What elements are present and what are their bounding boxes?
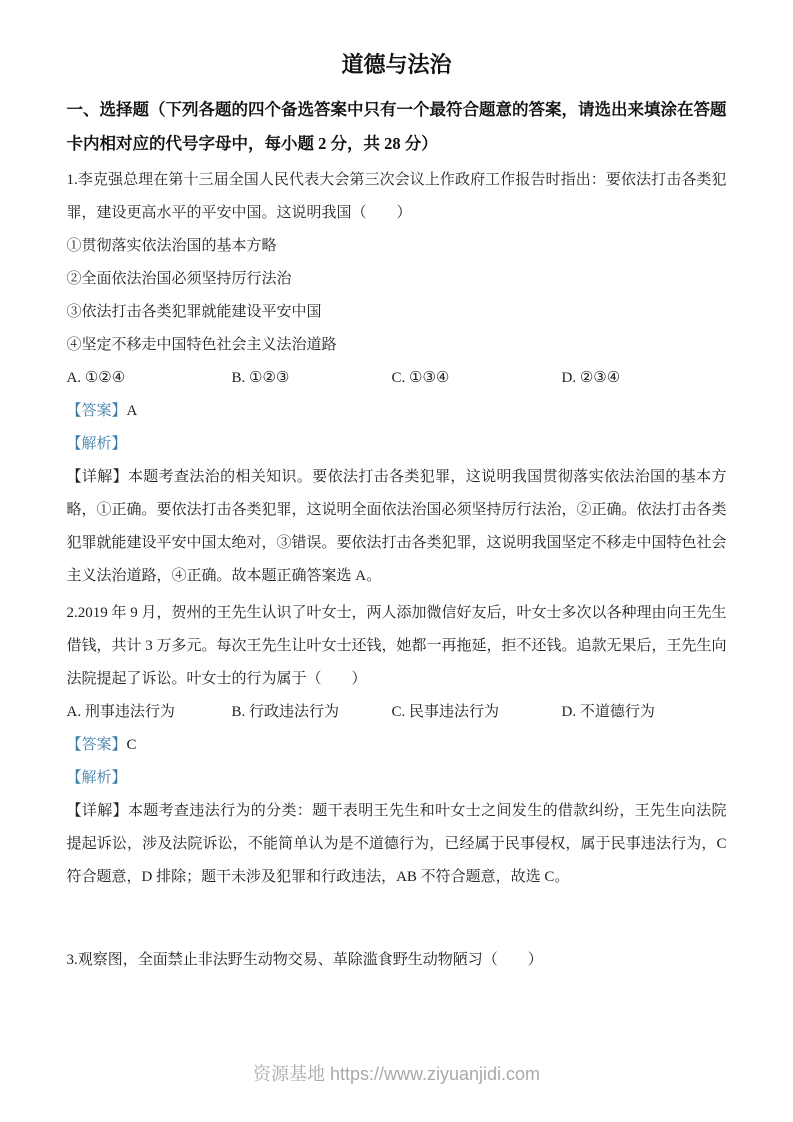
answer-value: A (127, 403, 138, 419)
question-1-item-4: ④坚定不移走中国特色社会主义法治道路 (67, 329, 727, 362)
detail-label: 【详解】 (67, 469, 128, 485)
question-1-detail: 【详解】本题考查法治的相关知识。要依法打击各类犯罪，这说明我国贯彻落实依法治国的… (67, 461, 727, 593)
option-c: C. ①③④ (392, 362, 562, 395)
analysis-label: 【解析】 (67, 436, 127, 452)
detail-text: 本题考查违法行为的分类：题干表明王先生和叶女士之间发生的借款纠纷，王先生向法院提… (67, 803, 727, 885)
answer-value: C (127, 737, 137, 753)
section-heading: 一、选择题（下列各题的四个备选答案中只有一个最符合题意的答案，请选出来填涂在答题… (67, 93, 727, 161)
question-1: 1.李克强总理在第十三届全国人民代表大会第三次会议上作政府工作报告时指出：要依法… (67, 164, 727, 593)
question-3: 3.观察图，全面禁止非法野生动物交易、革除滥食野生动物陋习（ ） (67, 944, 727, 977)
option-d: D. ②③④ (562, 362, 727, 395)
question-2-detail: 【详解】本题考查违法行为的分类：题干表明王先生和叶女士之间发生的借款纠纷，王先生… (67, 795, 727, 894)
question-1-item-3: ③依法打击各类犯罪就能建设平安中国 (67, 296, 727, 329)
question-2-analysis-line: 【解析】 (67, 762, 727, 795)
option-a: A. 刑事违法行为 (67, 696, 232, 729)
question-3-stem: 3.观察图，全面禁止非法野生动物交易、革除滥食野生动物陋习（ ） (67, 944, 727, 977)
option-c: C. 民事违法行为 (392, 696, 562, 729)
option-a: A. ①②④ (67, 362, 232, 395)
question-1-item-1: ①贯彻落实依法治国的基本方略 (67, 230, 727, 263)
detail-label: 【详解】 (67, 803, 128, 819)
question-2-answer-line: 【答案】C (67, 729, 727, 762)
question-1-analysis-line: 【解析】 (67, 428, 727, 461)
question-2-stem: 2.2019 年 9 月，贺州的王先生认识了叶女士，两人添加微信好友后，叶女士多… (67, 597, 727, 696)
question-1-answer-line: 【答案】A (67, 395, 727, 428)
question-1-stem: 1.李克强总理在第十三届全国人民代表大会第三次会议上作政府工作报告时指出：要依法… (67, 164, 727, 230)
option-b: B. 行政违法行为 (232, 696, 392, 729)
option-b: B. ①②③ (232, 362, 392, 395)
question-1-item-2: ②全面依法治国必须坚持厉行法治 (67, 263, 727, 296)
detail-text: 本题考查法治的相关知识。要依法打击各类犯罪，这说明我国贯彻落实依法治国的基本方略… (67, 469, 727, 584)
footer-watermark: 资源基地 https://www.ziyuanjidi.com (0, 1060, 793, 1086)
question-2: 2.2019 年 9 月，贺州的王先生认识了叶女士，两人添加微信好友后，叶女士多… (67, 597, 727, 894)
analysis-label: 【解析】 (67, 770, 127, 786)
question-1-options: A. ①②④ B. ①②③ C. ①③④ D. ②③④ (67, 362, 727, 395)
answer-label: 【答案】 (67, 737, 127, 753)
question-2-options: A. 刑事违法行为 B. 行政违法行为 C. 民事违法行为 D. 不道德行为 (67, 696, 727, 729)
document-page: 道德与法治 一、选择题（下列各题的四个备选答案中只有一个最符合题意的答案，请选出… (67, 0, 727, 977)
option-d: D. 不道德行为 (562, 696, 727, 729)
answer-label: 【答案】 (67, 403, 127, 419)
page-title: 道德与法治 (67, 50, 727, 81)
